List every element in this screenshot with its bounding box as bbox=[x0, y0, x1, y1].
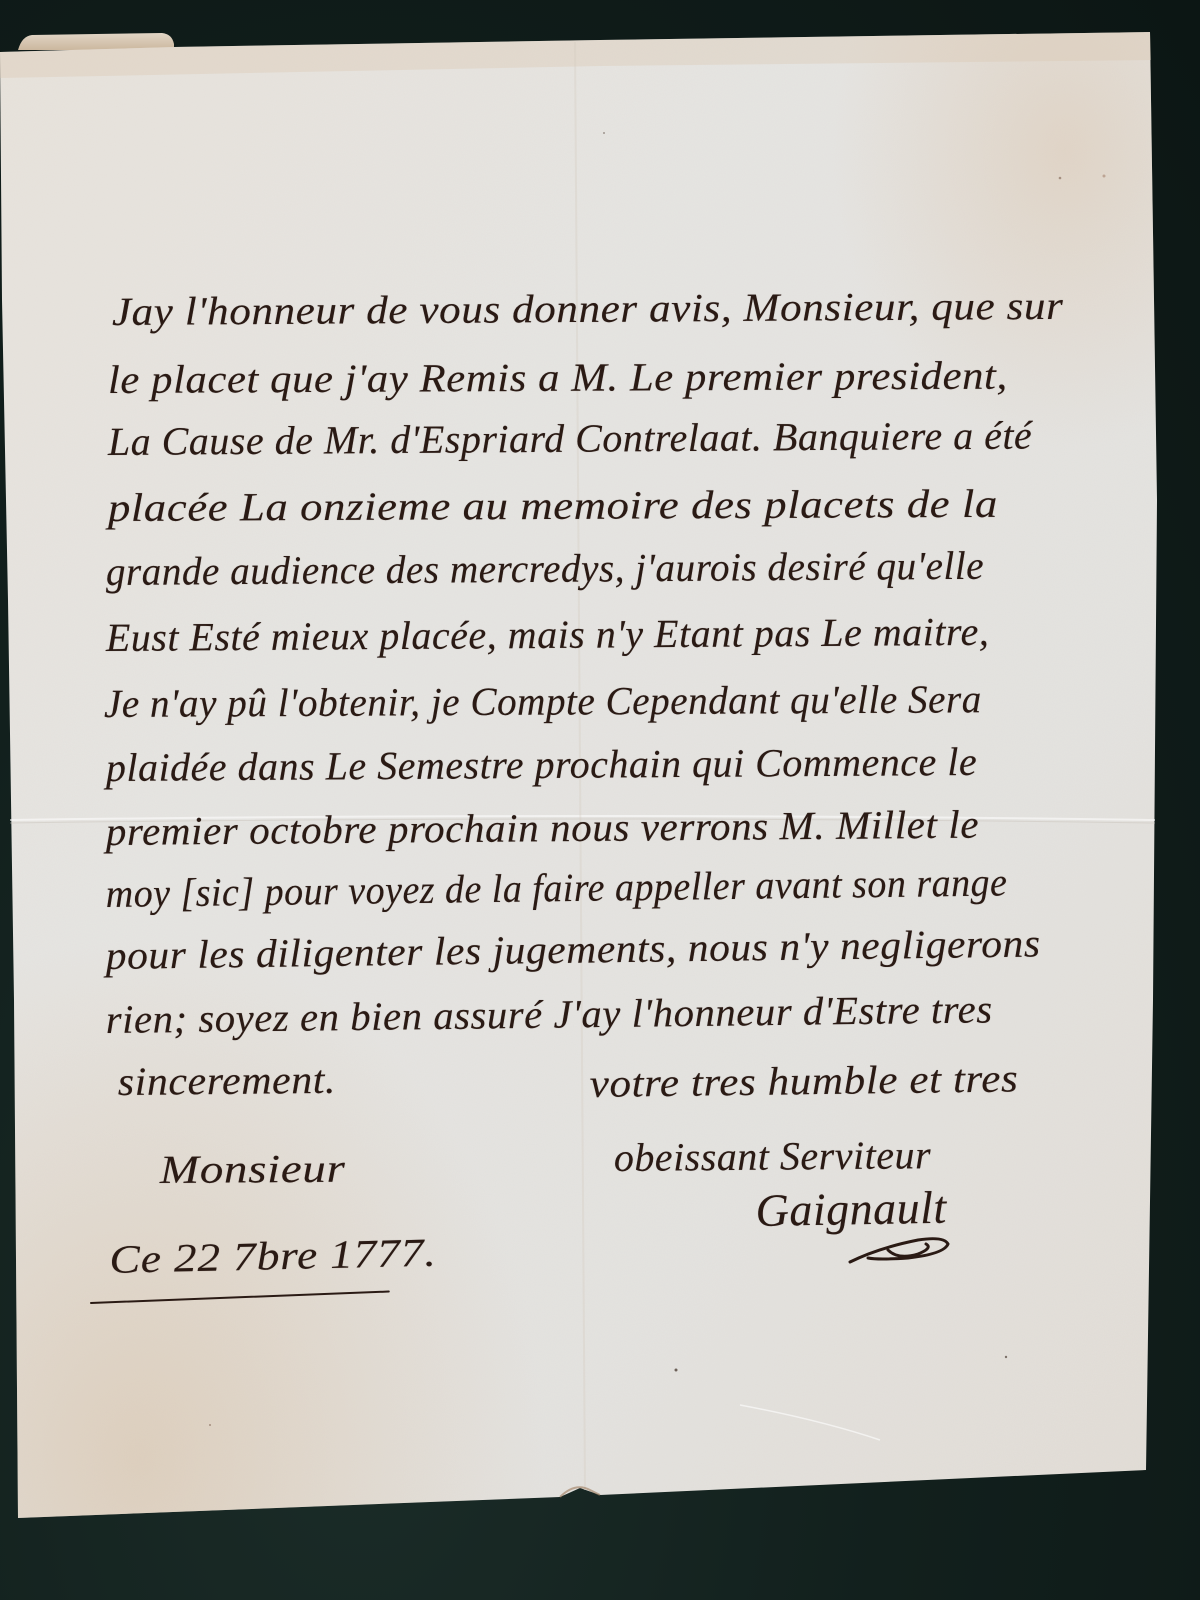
closing-line-1: votre tres humble et tres bbox=[589, 1058, 1018, 1104]
letter-line-1: Jay l'honneur de vous donner avis, Monsi… bbox=[112, 286, 1064, 332]
letter-date: Ce 22 7bre 1777. bbox=[109, 1233, 437, 1280]
letter-line-4: placée La onzieme au memoire des placets… bbox=[108, 484, 998, 528]
signature: Gaignault bbox=[755, 1185, 947, 1234]
letter-line-2: le placet que j'ay Remis a M. Le premier… bbox=[108, 356, 1008, 400]
letter-line-6: Eust Esté mieux placée, mais n'y Etant p… bbox=[106, 612, 990, 658]
signature-flourish bbox=[848, 1230, 968, 1270]
letter-line-13: sincerement. bbox=[118, 1060, 337, 1102]
letter-paper bbox=[0, 0, 1200, 1600]
letter-line-9: premier octobre prochain nous verrons M.… bbox=[106, 805, 980, 852]
letter-line-8: plaidée dans Le Semestre prochain qui Co… bbox=[106, 742, 978, 788]
letter-line-5: grande audience des mercredys, j'aurois … bbox=[106, 546, 984, 592]
closing-line-2: obeissant Serviteur bbox=[614, 1135, 932, 1178]
letter-line-3: La Cause de Mr. d'Espriard Contrelaat. B… bbox=[108, 416, 1033, 462]
salutation-monsieur: Monsieur bbox=[160, 1149, 346, 1190]
letter-line-12: rien; soyez en bien assuré J'ay l'honneu… bbox=[106, 989, 993, 1040]
letter-line-7: Je n'ay pû l'obtenir, je Compte Cependan… bbox=[104, 679, 982, 724]
